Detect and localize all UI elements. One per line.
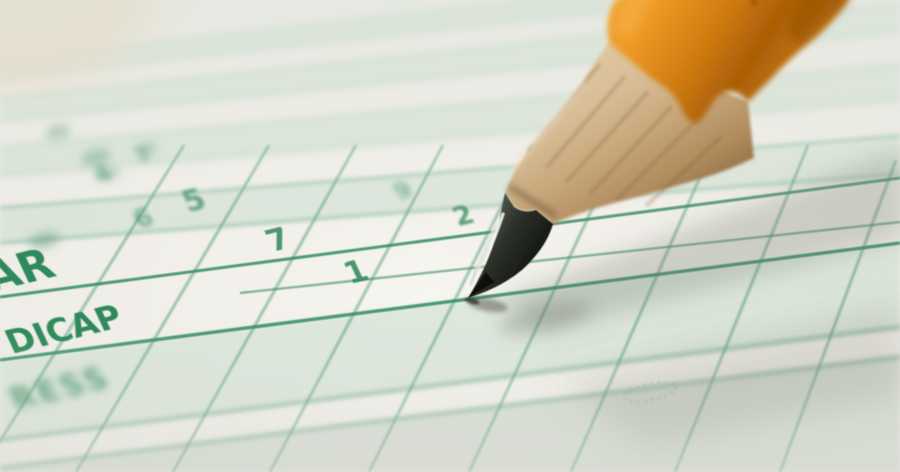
scorecard-pencil-photo: AR DICAP RESS 6 4 3 9 5 7 1 2 bbox=[0, 0, 900, 472]
photo-scene: AR DICAP RESS 6 4 3 9 5 7 1 2 bbox=[0, 0, 900, 472]
